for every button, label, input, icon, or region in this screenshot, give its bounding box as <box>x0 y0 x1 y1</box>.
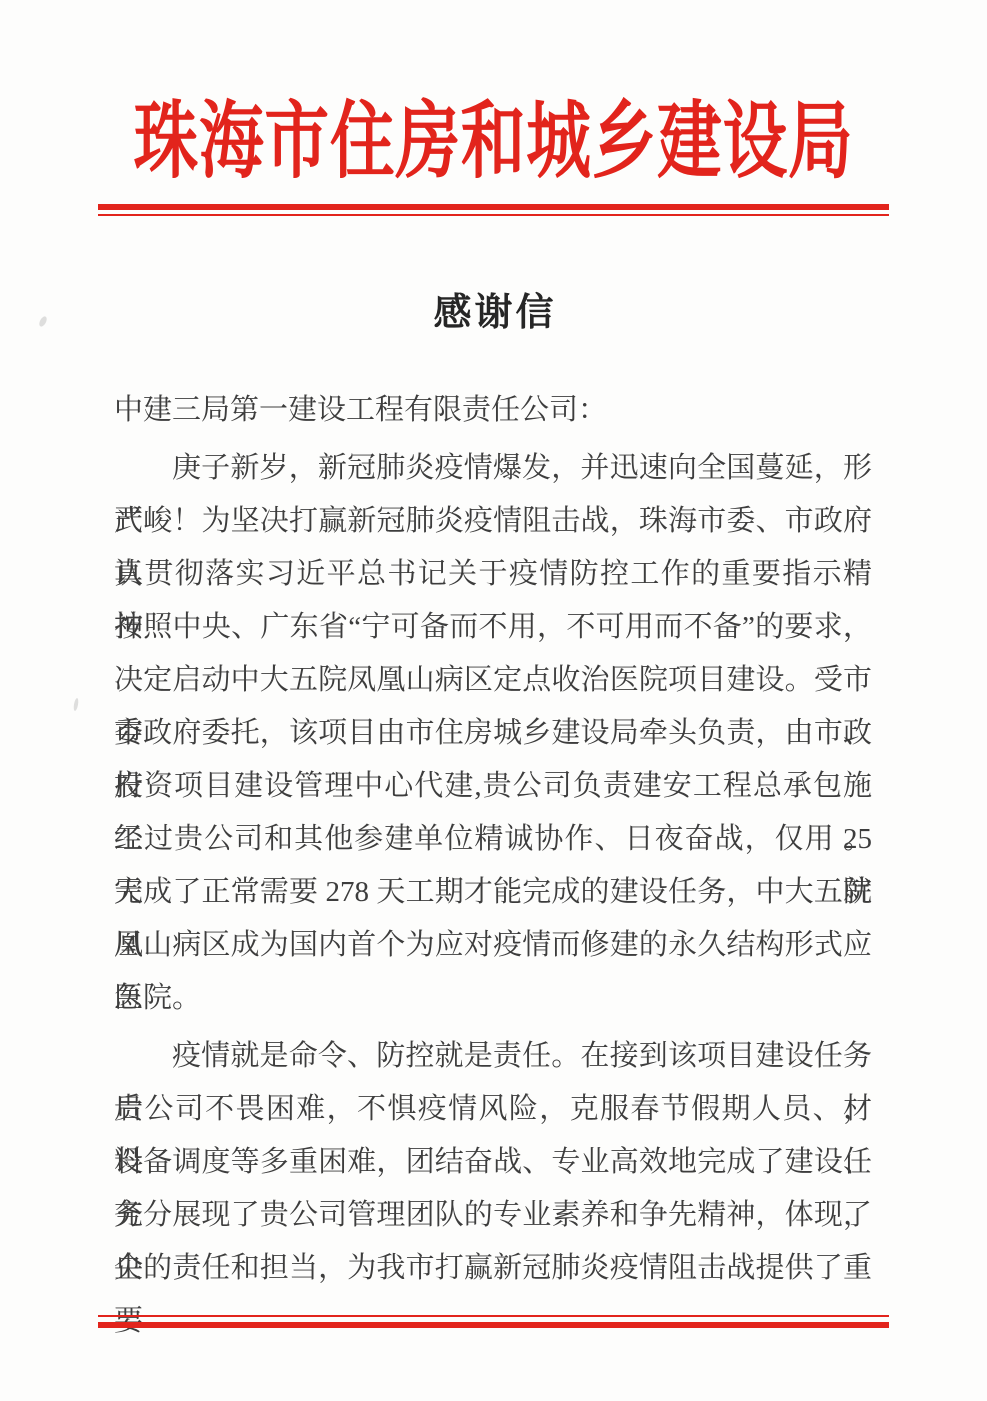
body-line: 企的责任和担当，为我市打赢新冠肺炎疫情阻击战提供了重要 <box>114 1242 872 1295</box>
body-line: 经过贵公司和其他参建单位精诚协作、日夜奋战，仅用 25 天就 <box>114 813 872 866</box>
scan-artifact <box>73 698 79 711</box>
body-line: 决定启动中大五院凤凰山病区定点收治医院项目建设。受市委、 <box>114 654 872 707</box>
body-line: 充分展现了贵公司管理团队的专业素养和争先精神，体现了央 <box>114 1189 872 1242</box>
letter-body: 中建三局第一建设工程有限责任公司： 庚子新岁，新冠肺炎疫情爆发，并迅速向全国蔓延… <box>114 384 872 1295</box>
header-rule-thin <box>98 214 889 216</box>
body-line: 市政府委托，该项目由市住房城乡建设局牵头负责，由市政府 <box>114 707 872 760</box>
body-lines: 庚子新岁，新冠肺炎疫情爆发，并迅速向全国蔓延，形式严峻！为坚决打赢新冠肺炎疫情阻… <box>114 442 872 1295</box>
body-line: 严峻！为坚决打赢新冠肺炎疫情阻击战，珠海市委、市政府认 <box>114 495 872 548</box>
footer-rule-thin <box>98 1315 889 1317</box>
salutation: 中建三局第一建设工程有限责任公司： <box>114 384 872 437</box>
header-rule-thick <box>98 204 889 210</box>
body-line: 按照中央、广东省“宁可备而不用，不可用而不备”的要求， <box>114 601 872 654</box>
body-line: 完成了正常需要 278 天工期才能完成的建设任务，中大五院凤 <box>114 866 872 919</box>
org-name: 珠海市住房和城乡建设局 <box>134 98 854 189</box>
body-line: 投资项目建设管理中心代建,贵公司负责建安工程总承包施工。 <box>114 760 872 813</box>
letterhead: 珠海市住房和城乡建设局 <box>0 98 987 189</box>
body-line: 贵公司不畏困难，不惧疫情风险，克服春节假期人员、材料、 <box>114 1083 872 1136</box>
letter-title: 感谢信 <box>0 281 987 336</box>
body-line: 凰山病区成为国内首个为应对疫情而修建的永久结构形式应急 <box>114 919 872 972</box>
body-line: 庚子新岁，新冠肺炎疫情爆发，并迅速向全国蔓延，形式 <box>114 442 872 495</box>
body-line: 医院。 <box>114 972 872 1025</box>
body-line: 真贯彻落实习近平总书记关于疫情防控工作的重要指示精神， <box>114 548 872 601</box>
footer-rule-thick <box>98 1322 889 1328</box>
body-line: 设备调度等多重困难，团结奋战、专业高效地完成了建设任务， <box>114 1136 872 1189</box>
scanned-letter-page: 珠海市住房和城乡建设局 感谢信 中建三局第一建设工程有限责任公司： 庚子新岁，新… <box>0 0 987 1401</box>
body-line: 疫情就是命令、防控就是责任。在接到该项目建设任务后， <box>114 1030 872 1083</box>
